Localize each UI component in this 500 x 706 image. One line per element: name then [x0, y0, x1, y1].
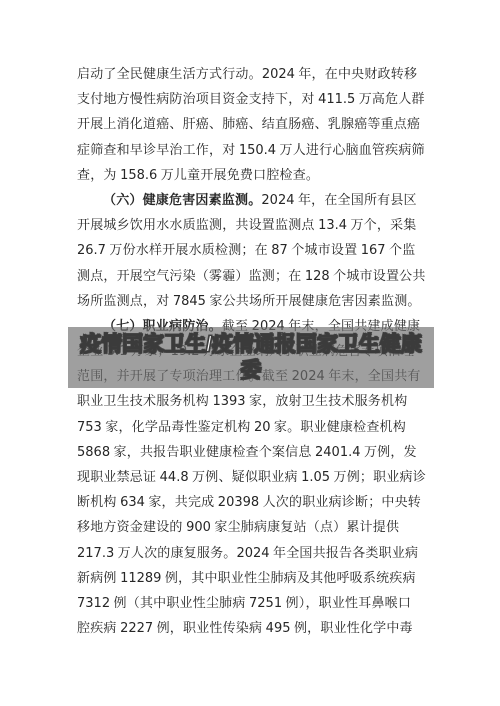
text-line: 217.3 万人次的康复服务。2024 年全国共报告各类职业病	[77, 540, 427, 565]
text-line: 场所监测点，对 7845 家公共场所开展健康危害因素监测。	[77, 288, 427, 313]
text-line: 开展城乡饮用水水质监测，共设置监测点 13.4 万个，采集	[77, 212, 427, 237]
text-line: 症筛查和早诊早治工作，对 150.4 万人进行心脑血管疾病筛	[77, 137, 427, 162]
numeric-value: 167	[361, 243, 386, 258]
numeric-value: 26.7	[77, 243, 106, 258]
section-heading: （六）健康危害因素监测。	[103, 192, 261, 207]
text-line: 断机构 634 家，共完成 20398 人次的职业病诊断；中央转	[77, 489, 427, 514]
numeric-value: 2024	[236, 546, 269, 561]
numeric-value: 87	[271, 243, 288, 258]
numeric-value: 2024	[262, 67, 295, 82]
numeric-value: 11289	[120, 571, 161, 586]
numeric-value: 900	[186, 520, 211, 535]
numeric-value: 20	[254, 420, 271, 435]
numeric-value: 2401.4	[315, 445, 361, 460]
numeric-value: 150.4	[239, 143, 276, 158]
title-overlay-band: 疫情国家卫生/疫情通报国家卫生健康委	[68, 327, 434, 388]
text-line: 启动了全民健康生活方式行动。2024 年，在中央财政转移	[77, 61, 427, 86]
overlay-title: 疫情国家卫生/疫情通报国家卫生健康委	[80, 332, 422, 384]
text-line: （六）健康危害因素监测。2024 年，在全国所有县区	[77, 187, 427, 212]
numeric-value: 634	[120, 495, 145, 510]
numeric-value: 158.6	[120, 168, 157, 183]
numeric-value: 5868	[77, 445, 110, 460]
numeric-value: 411.5	[318, 92, 355, 107]
numeric-value: 217.3	[77, 546, 114, 561]
numeric-value: 2024	[261, 193, 294, 208]
text-line: 新病例 11289 例，其中职业性尘肺病及其他呼吸系统疾病	[77, 565, 427, 590]
numeric-value: 753	[77, 420, 102, 435]
numeric-value: 7312	[77, 596, 110, 611]
text-line: 移地方资金建设的 900 家尘肺病康复站（点）累计提供	[77, 514, 427, 539]
text-line: 测点，开展空气污染（雾霾）监测；在 128 个城市设置公共	[77, 263, 427, 288]
text-line: 7312 例（其中职业性尘肺病 7251 例），职业性耳鼻喉口	[77, 590, 427, 615]
numeric-value: 495	[266, 621, 291, 636]
numeric-value: 7251	[249, 596, 282, 611]
text-line: 5868 家，共报告职业健康检查个案信息 2401.4 万例，发	[77, 439, 427, 464]
text-line: 开展上消化道癌、肝癌、肺癌、结直肠癌、乳腺癌等重点癌	[77, 111, 427, 136]
numeric-value: 44.8	[160, 470, 189, 485]
numeric-value: 7845	[173, 294, 206, 309]
numeric-value: 128	[305, 269, 330, 284]
text-line: 查，为 158.6 万儿童开展免费口腔检查。	[77, 162, 427, 187]
numeric-value: 13.4	[318, 218, 347, 233]
numeric-value: 1393	[212, 394, 245, 409]
numeric-value: 2227	[120, 621, 153, 636]
numeric-value: 20398	[218, 495, 259, 510]
text-line: 腔疾病 2227 例，职业性传染病 495 例，职业性化学中毒	[77, 615, 427, 640]
text-line: 支付地方慢性病防治项目资金支持下，对 411.5 万高危人群	[77, 86, 427, 111]
text-line: 现职业禁忌证 44.8 万例、疑似职业病 1.05 万例；职业病诊	[77, 464, 427, 489]
text-line: 26.7 万份水样开展水质检测；在 87 个城市设置 167 个监	[77, 237, 427, 262]
numeric-value: 1.05	[301, 470, 330, 485]
document-page: 启动了全民健康生活方式行动。2024 年，在中央财政转移支付地方慢性病防治项目资…	[0, 0, 500, 706]
text-line: 职业卫生技术服务机构 1393 家，放射卫生技术服务机构	[77, 388, 427, 413]
text-line: 753 家，化学品毒性鉴定机构 20 家。职业健康检查机构	[77, 414, 427, 439]
